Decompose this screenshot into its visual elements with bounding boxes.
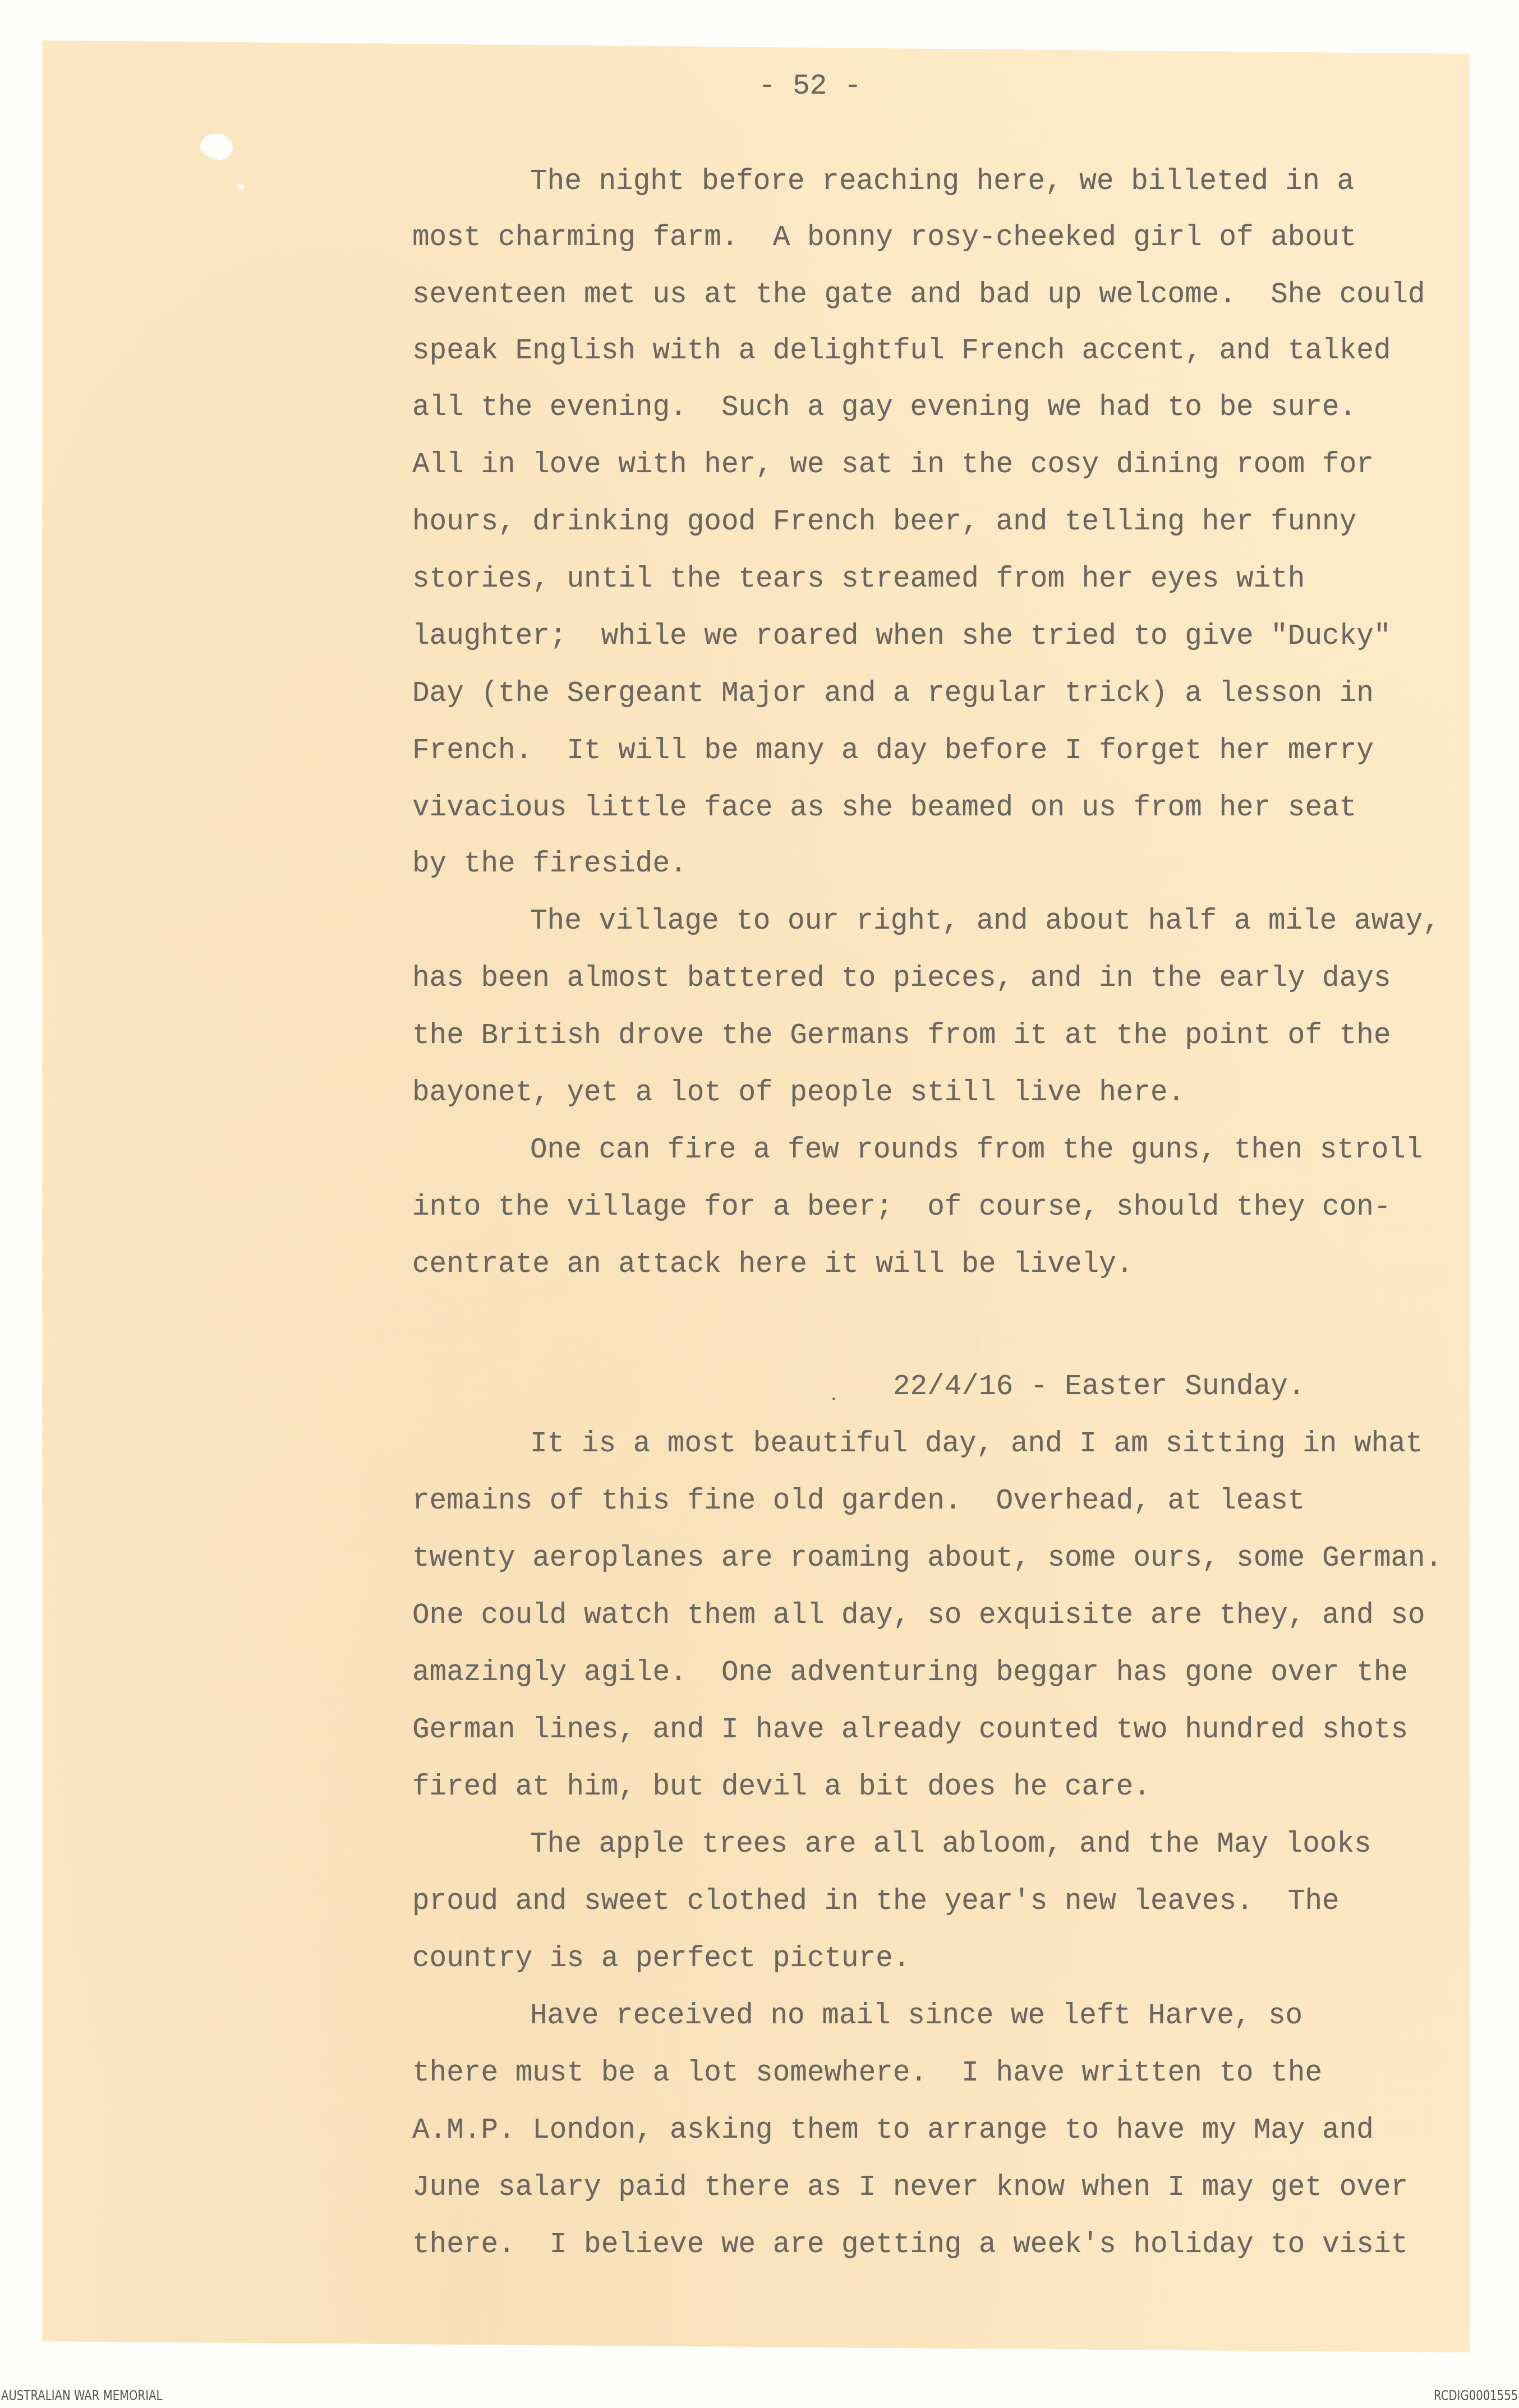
text-line: all the evening. Such a gay evening we h… bbox=[412, 391, 1356, 425]
text-line: remains of this fine old garden. Overhea… bbox=[412, 1485, 1305, 1519]
text-line: One can fire a few rounds from the guns,… bbox=[530, 1134, 1423, 1168]
text-line: A.M.P. London, asking them to arrange to… bbox=[412, 2114, 1374, 2148]
text-line: Day (the Sergeant Major and a regular tr… bbox=[412, 677, 1374, 711]
text-line: The village to our right, and about half… bbox=[530, 905, 1440, 939]
text-line: has been almost battered to pieces, and … bbox=[412, 962, 1391, 996]
text-line: fired at him, but devil a bit does he ca… bbox=[412, 1771, 1150, 1805]
text-line: the British drove the Germans from it at… bbox=[412, 1020, 1391, 1053]
text-line: centrate an attack here it will be livel… bbox=[412, 1248, 1133, 1282]
page-number: - 52 - bbox=[758, 70, 862, 104]
text-line: proud and sweet clothed in the year's ne… bbox=[412, 1885, 1340, 1919]
text-line: there must be a lot somewhere. I have wr… bbox=[412, 2057, 1322, 2091]
text-line: June salary paid there as I never know w… bbox=[412, 2171, 1408, 2205]
paper-tear bbox=[198, 130, 235, 162]
text-line: country is a perfect picture. bbox=[412, 1943, 910, 1976]
archive-credit: AUSTRALIAN WAR MEMORIAL bbox=[1, 2388, 162, 2404]
text-line: stories, until the tears streamed from h… bbox=[412, 563, 1305, 597]
text-line: seventeen met us at the gate and bad up … bbox=[412, 279, 1425, 312]
text-line: It is a most beautiful day, and I am sit… bbox=[530, 1428, 1423, 1461]
text-line: by the fireside. bbox=[412, 848, 687, 882]
text-line: The night before reaching here, we bille… bbox=[530, 165, 1354, 199]
text-line: most charming farm. A bonny rosy-cheeked… bbox=[412, 222, 1356, 255]
text-line: French. It will be many a day before I f… bbox=[412, 735, 1374, 768]
text-line: The apple trees are all abloom, and the … bbox=[530, 1828, 1371, 1862]
text-line: twenty aeroplanes are roaming about, som… bbox=[412, 1542, 1442, 1576]
paper-tear-small bbox=[237, 184, 244, 190]
text-line: amazingly agile. One adventuring beggar … bbox=[412, 1657, 1408, 1690]
text-line: German lines, and I have already counted… bbox=[412, 1714, 1408, 1747]
stray-mark bbox=[832, 1397, 835, 1400]
text-line: All in love with her, we sat in the cosy… bbox=[412, 449, 1374, 482]
text-line: Have received no mail since we left Harv… bbox=[530, 2000, 1302, 2033]
text-line: there. I believe we are getting a week's… bbox=[412, 2229, 1408, 2262]
text-line: vivacious little face as she beamed on u… bbox=[412, 792, 1356, 825]
text-line: speak English with a delightful French a… bbox=[412, 335, 1391, 368]
text-line: laughter; while we roared when she tried… bbox=[412, 620, 1391, 654]
date-heading: 22/4/16 - Easter Sunday. bbox=[893, 1371, 1305, 1404]
text-line: into the village for a beer; of course, … bbox=[412, 1191, 1391, 1225]
archive-reference-id: RCDIG0001555 bbox=[1434, 2388, 1518, 2404]
text-line: One could watch them all day, so exquisi… bbox=[412, 1599, 1425, 1633]
text-line: bayonet, yet a lot of people still live … bbox=[412, 1077, 1185, 1110]
text-line: hours, drinking good French beer, and te… bbox=[412, 506, 1356, 539]
